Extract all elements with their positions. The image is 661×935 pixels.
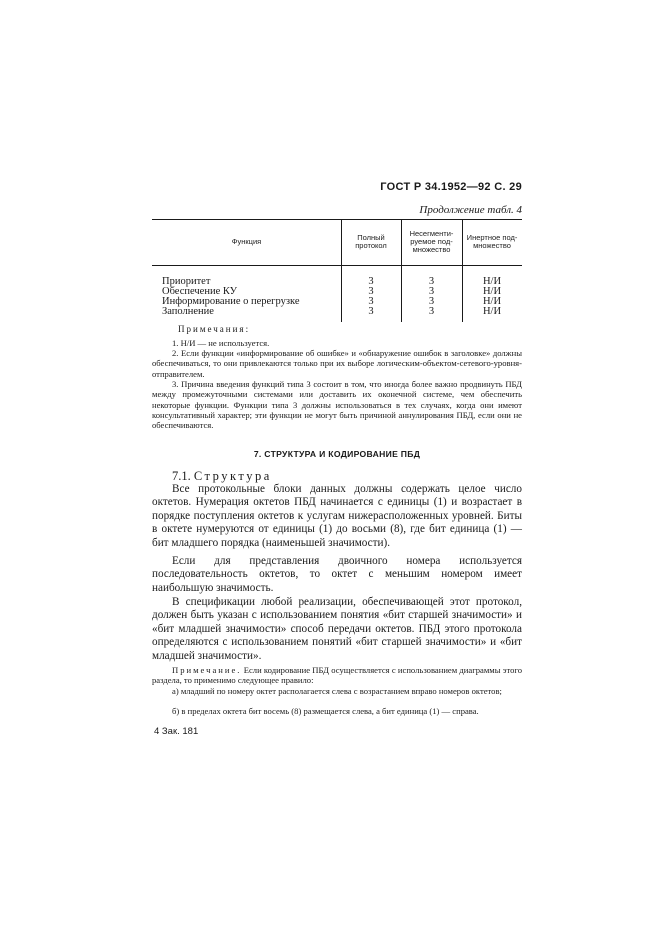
table-caption: Продолжение табл. 4: [350, 204, 522, 216]
table-header-nonsegmenting-subset: Несегменти- руемое под- множество: [401, 230, 462, 254]
note-item: 1. Н/И — не используется.: [152, 338, 522, 348]
notes-title: Примечания:: [178, 324, 250, 334]
subsection-number: 7.1.: [172, 469, 191, 483]
row-inert: Н/И: [462, 307, 522, 317]
note-item: 3. Причина введения функций типа 3 состо…: [152, 379, 522, 430]
body-paragraph: В спецификации любой реализации, обеспеч…: [152, 596, 522, 663]
row-full-protocol: 3: [341, 307, 401, 317]
section-note-label: Примечание.: [172, 665, 241, 675]
standard-header: ГОСТ Р 34.1952—92 С. 29: [380, 181, 522, 193]
header-line: множество: [401, 246, 462, 254]
table-header-inert-subset: Инертное под- множество: [462, 234, 522, 250]
section-note: Примечание. Если кодирование ПБД осущест…: [152, 665, 522, 686]
section-note-item: а) младший по номеру октет располагается…: [152, 686, 522, 696]
table-top-rule: [152, 219, 522, 220]
header-line: протокол: [341, 242, 401, 250]
order-mark: 4 Зак. 181: [154, 726, 198, 737]
body-paragraph: Если для представления двоичного номера …: [152, 555, 522, 595]
table-header-full-protocol: Полный протокол: [341, 234, 401, 250]
table-header-rule: [152, 265, 522, 266]
document-page: ГОСТ Р 34.1952—92 С. 29 Продолжение табл…: [0, 0, 661, 935]
header-line: множество: [462, 242, 522, 250]
subsection-heading: 7.1. Структура: [172, 469, 272, 484]
row-nonsegmenting: 3: [401, 307, 462, 317]
section-title: 7. СТРУКТУРА И КОДИРОВАНИЕ ПБД: [152, 449, 522, 459]
table-header-function: Функция: [152, 238, 341, 246]
row-function: Заполнение: [162, 307, 214, 317]
section-note-item: б) в пределах октета бит восемь (8) разм…: [152, 706, 522, 716]
note-item: 2. Если функции «информирование об ошибк…: [152, 348, 522, 379]
body-paragraph: Все протокольные блоки данных должны сод…: [152, 483, 522, 550]
subsection-title: Структура: [194, 469, 272, 483]
